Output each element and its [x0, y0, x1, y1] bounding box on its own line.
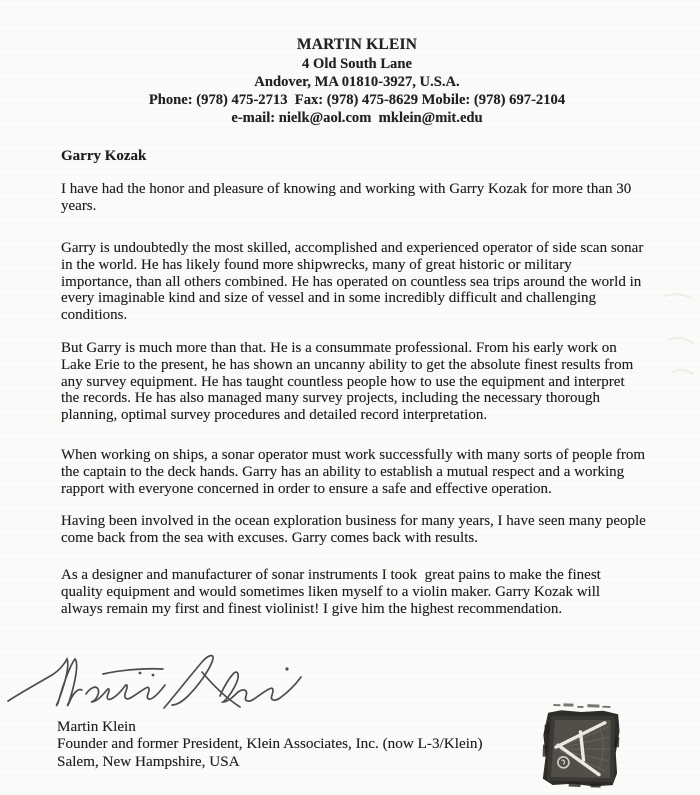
- klein-logo-ink-stamp-icon: [538, 701, 625, 792]
- paragraph-6: As a designer and manufacturer of sonar …: [61, 567, 601, 617]
- letterhead-address-line1: 4 Old South Lane: [0, 55, 700, 73]
- scanned-letter-page: MARTIN KLEIN 4 Old South Lane Andover, M…: [0, 0, 700, 795]
- paragraph-3: But Garry is much more than that. He is …: [61, 340, 633, 424]
- signature-block: Martin Klein Founder and former Presiden…: [57, 718, 483, 770]
- letterhead-email-line: e-mail: nielk@aol.com mklein@mit.edu: [0, 109, 700, 127]
- paragraph-4: When working on ships, a sonar operator …: [61, 447, 645, 497]
- letterhead-address-line2: Andover, MA 01810-3927, U.S.A.: [0, 73, 700, 91]
- handwritten-signature-icon: [6, 644, 306, 722]
- letterhead: MARTIN KLEIN 4 Old South Lane Andover, M…: [0, 36, 700, 127]
- recipient-name: Garry Kozak: [61, 148, 146, 165]
- paragraph-5: Having been involved in the ocean explor…: [61, 513, 646, 547]
- paragraph-1: I have had the honor and pleasure of kno…: [61, 181, 631, 215]
- letterhead-name: MARTIN KLEIN: [0, 36, 700, 55]
- letterhead-phone-line: Phone: (978) 475-2713 Fax: (978) 475-862…: [0, 91, 700, 109]
- scan-smudge-artifact: [655, 288, 697, 388]
- paragraph-2: Garry is undoubtedly the most skilled, a…: [61, 240, 643, 324]
